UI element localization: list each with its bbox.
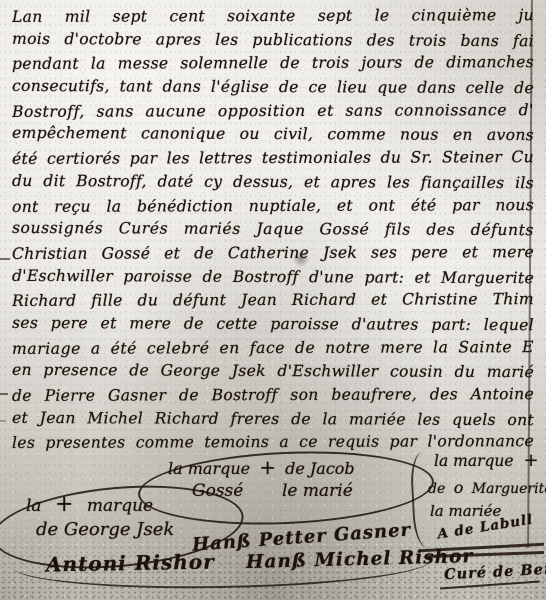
signature-michel: Hanß Michel Rishor: [246, 546, 474, 573]
manuscript-line: ont reçu la bénédiction nuptiale, et ont…: [12, 194, 534, 220]
manuscript-line: Bostroff, sans aucune opposition et sans…: [12, 99, 534, 125]
manuscript-line: de Pierre Gasner de Bostroff son beaufre…: [12, 383, 534, 409]
witness-mark-line1a: la: [26, 496, 42, 516]
witness-mark-line1b: marque: [87, 496, 153, 516]
manuscript-line: du dit Bostroff, daté cy dessus, et apre…: [12, 170, 534, 196]
manuscript-line: pendant la messe solemnelle de trois jou…: [12, 51, 534, 77]
manuscript-line: d'Eschwiller paroisse de Bostroff d'une …: [12, 264, 534, 290]
manuscript-line: mois d'octobre apres les publications de…: [12, 28, 534, 54]
bride-mark-text: la marque: [434, 452, 514, 470]
margin-dash: [0, 420, 6, 422]
manuscript-body: Lan mil sept cent soixante sept le cinqu…: [12, 5, 534, 455]
manuscript-line: empêchement canonique ou civil, comme no…: [12, 122, 534, 148]
cross-mark-icon: +: [519, 450, 539, 471]
manuscript-line: ses pere et mere de cette paroisse d'aut…: [12, 312, 534, 338]
manuscript-line: consecutifs, tant dans l'église de ce li…: [12, 75, 534, 101]
signature-antoni: Antoni Rishor: [46, 550, 215, 577]
manuscript-line: Richard fille du défunt Jean Richard et …: [12, 288, 534, 314]
manuscript-line: en presence de George Jsek d'Eschwiller …: [12, 359, 534, 385]
margin-dash: [0, 393, 8, 395]
bride-mark-line1: la marque +: [434, 450, 539, 471]
witness-mark-text: la + marque: [26, 492, 153, 517]
witness-mark-name: de George Jsek: [36, 519, 174, 540]
manuscript-line: Lan mil sept cent soixante sept le cinqu…: [12, 4, 534, 30]
parish-register-scan: Lan mil sept cent soixante sept le cinqu…: [0, 0, 546, 600]
manuscript-line: soussignés Curés mariés Jaque Gossé fils…: [12, 217, 534, 243]
groom-mark-text: la marque + de Jacob: [168, 455, 355, 479]
bride-mark-de: de: [428, 481, 445, 497]
groom-mark-name: Gossé: [192, 481, 243, 501]
groom-mark-line1a: la marque: [168, 459, 250, 478]
bride-mark-name: Marguerite Ri: [472, 481, 546, 497]
margin-dash: [0, 258, 10, 260]
manuscript-line: mariage a été celebré en face de notre m…: [12, 336, 534, 362]
groom-mark-line1b: de Jacob: [285, 459, 355, 478]
cross-mark-icon: +: [47, 492, 81, 517]
circle-mark-icon: o: [450, 478, 468, 497]
cross-mark-icon: +: [255, 455, 280, 479]
manuscript-line: et Jean Michel Richard freres de la mari…: [12, 407, 534, 433]
groom-mark-role: le marié: [282, 481, 353, 501]
manuscript-line: été certiorés par les lettres testimonia…: [12, 146, 534, 172]
manuscript-line: Christian Gossé et de Catherine Jsek ses…: [12, 241, 534, 267]
bride-mark-line2: de o Marguerite Ri: [428, 478, 546, 497]
